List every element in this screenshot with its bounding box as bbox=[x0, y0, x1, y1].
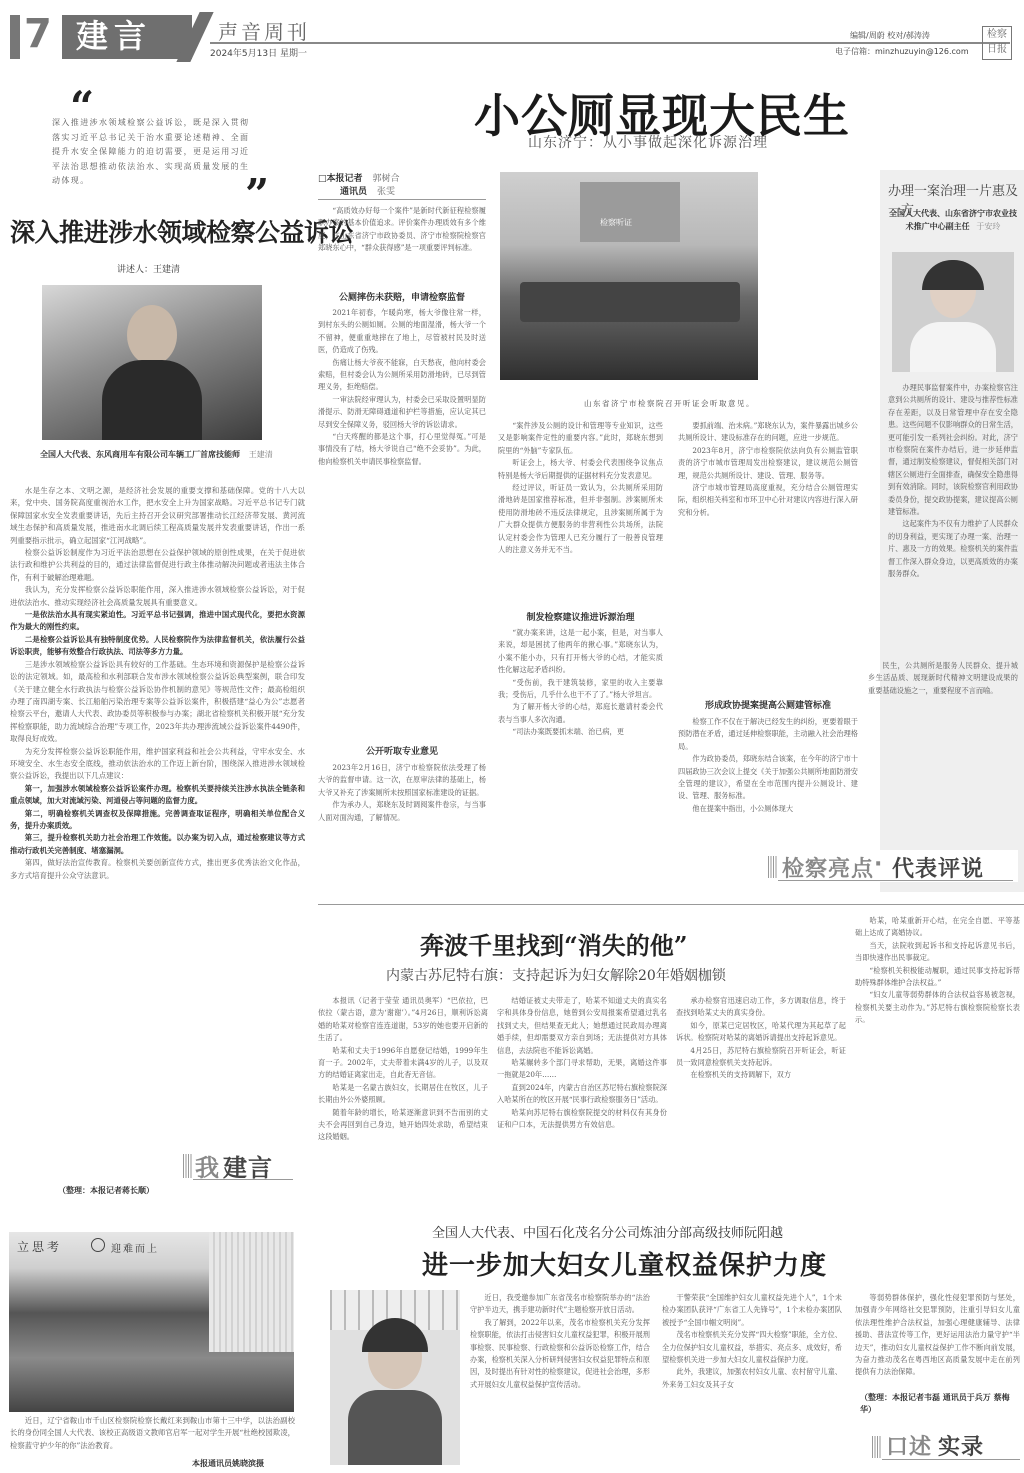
paragraph: 4月25日，苏尼特右旗检察院召开听证会，听证员一致同意检察机关支持起诉。 bbox=[676, 1045, 846, 1070]
photo-credit: 本报通讯员姚晓滨摄 bbox=[192, 1458, 264, 1469]
center-col3: 要抓前端、治未病。”郑晓东认为，案件暴露出城乡公共厕所设计、建设标准存在的问题，… bbox=[678, 420, 858, 690]
paragraph: 为了解开杨大爷的心结，郑庭长邀请村委会代表与当事人多次沟通。 bbox=[498, 701, 663, 726]
left-article-body: 水是生存之本、文明之源，是经济社会发展的重要支撑和基础保障。党的十八大以来，党中… bbox=[10, 485, 305, 1175]
paragraph: “白天疼醒的都是这个事，打心里觉得冤。”可是事情没有了结，杨大爷说自己“绝不会妥… bbox=[318, 431, 486, 468]
third-headline: 进一步加大妇女儿童权益保护力度 bbox=[422, 1245, 827, 1282]
banner-part1: 口述 bbox=[886, 1430, 932, 1461]
pull-quote: 深入推进涉水领域检察公益诉讼，既是深入贯彻落实习近平总书记关于治水重要论述精神、… bbox=[52, 116, 252, 189]
paragraph: 哈某和丈夫于1996年自愿登记结婚，1999年生育一子。2002年，丈夫带着未满… bbox=[318, 1045, 488, 1082]
banner-oral-record: 口述 实录 bbox=[872, 1428, 1022, 1462]
subhead-1: 公厕摔伤未获赔，申请检察监督 bbox=[318, 290, 486, 303]
banner-bars-icon bbox=[768, 856, 778, 878]
banner-dot: · bbox=[874, 852, 883, 877]
sidebar-portrait bbox=[892, 252, 1014, 372]
paragraph: 茂名市检察机关充分发挥“四大检察”职能，全方位、全力位保护妇女儿童权益，举措实、… bbox=[662, 1329, 842, 1366]
editor-email[interactable]: 电子信箱：minzhuzuyin@126.com bbox=[835, 46, 969, 57]
issue-date: 2024年5月13日 星期一 bbox=[210, 46, 307, 59]
left-article-title: 深入推进涉水领域检察公益诉讼 bbox=[10, 213, 353, 249]
paragraph: 为充分发挥检察公益诉讼职能作用，维护国家利益和社会公共利益，守牢水安全、水环境安… bbox=[10, 746, 305, 783]
page-number-bar bbox=[10, 15, 20, 59]
paragraph: 当天，法院收到起诉书和支持起诉意见书后，当即快速作出民事裁定。 bbox=[855, 940, 1020, 965]
second-col2: 结婚证被丈夫带走了，哈某不知道丈夫的真实名字和具体身份信息，她曾到公安局报案希望… bbox=[497, 995, 667, 1195]
paragraph: 此外，我建议，加强农村妇女儿童、农村留守儿童、外来务工妇女及其子女 bbox=[662, 1366, 842, 1391]
speaker-photo bbox=[42, 285, 262, 440]
board-text-right: 迎难而上 bbox=[111, 1240, 159, 1255]
paragraph: 结婚证被丈夫带走了，哈某不知道丈夫的真实名字和具体身份信息，她曾到公安局报案希望… bbox=[497, 995, 667, 1057]
paragraph: 三是涉水领域检察公益诉讼具有较好的工作基础。生态环境和资源保护是检察公益诉讼的法… bbox=[10, 659, 305, 746]
paragraph: 检察工作不仅在于解决已经发生的纠纷，更要着眼于预防潜在矛盾，通过延伸检察职能，主… bbox=[678, 716, 858, 753]
page-number: 7 bbox=[24, 10, 52, 58]
paragraph: “受伤前，我干建筑装修，家里的收入主要靠我；受伤后，几乎什么也干不了了。”杨大爷… bbox=[498, 677, 663, 702]
center-col1b: 2023年2月16日，济宁市检察院依法受理了杨大爷的监督申请。这一次，在原审法律… bbox=[318, 762, 486, 892]
hearing-sign: 检察听证 bbox=[600, 217, 632, 228]
second-col3: 承办检察官迅速启动工作，多方调取信息，终于查找到哈某丈夫的真实身份。 如今，原某… bbox=[676, 995, 846, 1195]
portrait-shirt bbox=[910, 322, 996, 372]
third-editor-note: （整理：本报记者韦磊 通讯员于兵万 蔡梅华） bbox=[860, 1392, 1020, 1416]
close-quote-icon: ” bbox=[245, 180, 269, 210]
editor-credit: 编辑/周蔚 校对/郝涛涛 bbox=[850, 30, 930, 41]
paragraph: 听证会上，杨大爷、村委会代表围绕争议焦点特别是杨大爷后期提供的证据材料充分发表意… bbox=[498, 457, 663, 482]
paragraph: 第四，做好法治宣传教育。检察机关要创新宣传方式，推出更多优秀法治文化作品，多方式… bbox=[10, 857, 305, 882]
correspondent-label: 通讯员 bbox=[340, 187, 367, 197]
banner-part1: 检察亮点 bbox=[782, 852, 874, 883]
subhead-2: 公开听取专业意见 bbox=[318, 744, 486, 757]
paragraph: 这起案件为不仅有力维护了人民群众的切身利益，更实现了办理一案、治理一片、惠及一方… bbox=[888, 518, 1018, 580]
paragraph: 干警荣获“全国维护妇女儿童权益先进个人”，1个未检办案团队获评“广东省工人先锋号… bbox=[662, 1292, 842, 1329]
paragraph: 2023年2月16日，济宁市检察院依法受理了杨大爷的监督申请。这一次，在原审法律… bbox=[318, 762, 486, 799]
clock-icon bbox=[91, 1238, 105, 1252]
paragraph: 作为承办人，郑晓东及时调阅案件卷宗，与当事人面对面沟通，了解情况。 bbox=[318, 799, 486, 824]
banner-highlights: 检察亮点 · 代表评说 bbox=[768, 850, 1018, 882]
paragraph: “妇女儿童等弱势群体的合法权益容易被忽视，检察机关要主动作为。”苏尼特右旗检察院… bbox=[855, 989, 1020, 1026]
center-col1: 2021年初春，乍暖尚寒，杨大爷像往常一样，到村东头的公厕如厕。公厕的地面湿滑，… bbox=[318, 307, 486, 737]
third-kicker: 全国人大代表、中国石化茂名分公司炼油分部高级技师阮阳越 bbox=[432, 1222, 783, 1241]
paragraph: 随着年龄的增长，哈某逐渐意识到不告而别的丈夫不会再回到自己身边，她开始四处求助，… bbox=[318, 1107, 488, 1144]
paragraph: 一是依法治水具有现实紧迫性。习近平总书记强调，推进中国式现代化，要把水资源作为最… bbox=[10, 609, 305, 634]
section-label: 建言 bbox=[76, 14, 152, 58]
paragraph: 他在提案中指出，小公厕体现大 bbox=[678, 803, 858, 815]
paragraph: 一审法院经审理认为，村委会已采取设置明显防滑提示、防滑无障碍通道和护栏等措施，应… bbox=[318, 394, 486, 431]
byline: □本报记者郭树合 通讯员张雯 bbox=[318, 173, 400, 199]
sidebar-name: 于安玲 bbox=[976, 222, 1000, 231]
paragraph: 2021年初春，乍暖尚寒，杨大爷像往常一样，到村东头的公厕如厕。公厕的地面湿滑，… bbox=[318, 307, 486, 357]
paragraph: 第二，明确检察机关调查权及保障措施。完善调查取证程序，明确相关单位配合义务，提升… bbox=[10, 808, 305, 833]
reporter-label: □本报记者 bbox=[318, 174, 363, 184]
subhead-4: 形成政协提案提高公厕建管标准 bbox=[678, 698, 858, 711]
subhead-3: 制发检察建议推进诉源治理 bbox=[498, 610, 663, 623]
section-divider bbox=[318, 904, 1024, 905]
banner-bars-icon bbox=[872, 1436, 882, 1458]
paragraph: 伤痛让杨大爷夜不能寐，白天愁夜，他向村委会索赔，但村委会认为公厕所采用防滑地砖，… bbox=[318, 357, 486, 394]
paragraph: 哈某辗转多个部门寻求帮助，无果，离婚这件事一拖就是20年…… bbox=[497, 1057, 667, 1082]
paragraph: 哈某是一名蒙古族妇女，长期居住在牧区，儿子长期由外公外婆照顾。 bbox=[318, 1082, 488, 1107]
third-col3: 等弱势群体保护，强化性侵犯罪预防与惩处，加强青少年网络社交犯罪预防，注重引导妇女… bbox=[855, 1292, 1020, 1387]
third-col1: 近日，我受邀参加广东省茂名市检察院举办的“法治守护半边天，携手建功新时代”主题检… bbox=[470, 1292, 650, 1472]
left-article-speaker: 讲述人：王建清 bbox=[117, 262, 180, 275]
paragraph: 第一，加强涉水领域检察公益诉讼案件办理。检察机关要持续关注涉水执法全链条和重点领… bbox=[10, 783, 305, 808]
paragraph: 哈某，哈某重新开心结，在完全自愿、平等基础上达成了离婚协议。 bbox=[855, 915, 1020, 940]
caption-name: 王建清 bbox=[249, 450, 273, 459]
second-subheadline: 内蒙古苏尼特右旗：支持起诉为妇女解除20年婚姻枷锁 bbox=[386, 965, 726, 985]
header-rule bbox=[210, 42, 1010, 44]
byline-rule bbox=[318, 199, 486, 200]
banner-bars-icon bbox=[183, 1154, 193, 1178]
paragraph: 济宁市城市管理局高度重视，充分结合公厕管理实际，组织相关科室和市环卫中心针对建议… bbox=[678, 482, 858, 519]
hearing-photo: 检察听证 bbox=[500, 172, 758, 380]
portrait-face bbox=[127, 305, 177, 365]
left-photo-caption: 全国人大代表、东风商用车有限公司车辆工厂首席技能师 王建清 bbox=[40, 448, 280, 462]
third-col2: 干警荣获“全国维护妇女儿童权益先进个人”，1个未检办案团队获评“广东省工人先锋号… bbox=[662, 1292, 842, 1472]
correspondent-name: 张雯 bbox=[377, 187, 395, 197]
paragraph: 在检察机关的支持调解下，双方 bbox=[676, 1069, 846, 1081]
portrait-clothes bbox=[348, 1390, 442, 1465]
classroom-photo: 立思考 迎难而上 bbox=[9, 1232, 294, 1412]
banner-underline bbox=[882, 1459, 1020, 1460]
paragraph: 检察公益诉讼制度作为习近平法治思想在公益保护领域的原创性成果，在关于促进依法行政… bbox=[10, 547, 305, 584]
hearing-table bbox=[520, 282, 740, 322]
board-text-left: 立思考 bbox=[17, 1238, 62, 1255]
center-photo-caption: 山东省济宁市检察院召开听证会听取意见。 bbox=[584, 398, 755, 409]
paragraph: 二是检察公益诉讼具有独特制度优势。人民检察院作为法律监督机关，依法履行公益诉讼职… bbox=[10, 634, 305, 659]
paragraph: 我认为，充分发挥检察公益诉讼职能作用，深入推进涉水领域检察公益诉讼，对于促进依法… bbox=[10, 584, 305, 609]
paragraph: 本报讯（记者于莹莹 通讯员奥军）“巴依拉，巴依拉（蒙古语，意为‘谢谢’）。”4月… bbox=[318, 995, 488, 1045]
paragraph: 作为政协委员，郑晓东结合该案，在今年的济宁市十四届政协三次会议上提交《关于加强公… bbox=[678, 753, 858, 803]
banner-underline bbox=[778, 880, 1013, 881]
paragraph: 要抓前端、治未病。”郑晓东认为，案件暴露出城乡公共厕所设计、建设标准存在的问题，… bbox=[678, 420, 858, 445]
main-subheadline: 山东济宁：从小事做起深化诉源治理 bbox=[528, 132, 768, 152]
paragraph: 办理民事监督案件中，办案检察官注意到公共厕所的设计、建设与推荐性标准存在差距，以… bbox=[888, 382, 1018, 518]
banner-part1: 我 bbox=[195, 1148, 220, 1183]
column-name: 声音周刊 bbox=[218, 16, 310, 45]
center-lead: “高质效办好每一个案件”是新时代新征程检察履职办案的基本价值追求。评价案件办理质… bbox=[318, 205, 486, 255]
banner-part2: 实录 bbox=[938, 1430, 984, 1461]
banner-underline bbox=[193, 1179, 293, 1180]
paragraph: 水是生存之本、文明之源，是经济社会发展的重要支撑和基础保障。党的十八大以来，党中… bbox=[10, 485, 305, 547]
sidebar-body-cont: 民生，公共厕所是服务人民群众、提升城乡生活品质、展现新时代精神文明建设成果的重要… bbox=[868, 660, 1018, 825]
paragraph: 承办检察官迅速启动工作，多方调取信息，终于查找到哈某丈夫的真实身份。 bbox=[676, 995, 846, 1020]
reporter-name: 郭树合 bbox=[373, 174, 400, 184]
paragraph: 第三，提升检察机关助力社会治理工作效能。以办案为切入点，通过检察建议等方式推动行… bbox=[10, 832, 305, 857]
paragraph: 2023年8月，济宁市检察院依法向负有公厕监管职责的济宁市城市管理局发出检察建议… bbox=[678, 445, 858, 482]
paragraph: 直到2024年，内蒙古自治区苏尼特右旗检察院深入哈某所在的牧区开展“民事行政检察… bbox=[497, 1082, 667, 1107]
banner-wo-jianyan: 我 建言 bbox=[183, 1148, 293, 1180]
paragraph: 近日，我受邀参加广东省茂名市检察院举办的“法治守护半边天，携手建功新时代”主题检… bbox=[470, 1292, 650, 1317]
paragraph: “就办案来讲，这是一起小案，但是，对当事人来说，却是困扰了他两年的揪心事。”郑晓… bbox=[498, 627, 663, 677]
paragraph: 经过评议，听证员一致认为，公共厕所采用防滑地砖是国家推荐标准，但并非强制。涉案厕… bbox=[498, 482, 663, 556]
paragraph: “司法办案既要抓末端、治已病，更 bbox=[498, 726, 663, 738]
newspaper-logo: 检察日报 bbox=[982, 26, 1012, 60]
caption-title: 全国人大代表、东风商用车有限公司车辆工厂首席技能师 bbox=[40, 450, 240, 459]
representative-photo bbox=[330, 1290, 460, 1465]
sidebar-subtitle: 全国人大代表、山东省济宁市农业技术推广中心副主任 于安玲 bbox=[888, 207, 1018, 233]
window-curtain bbox=[209, 1232, 294, 1352]
portrait-suit bbox=[102, 360, 202, 440]
hearing-backdrop bbox=[580, 182, 680, 242]
paragraph: 哈某向苏尼特右旗检察院提交的材料仅有其身份证和户口本，无法提供男方有效信息。 bbox=[497, 1107, 667, 1132]
center-col2b: “就办案来讲，这是一起小案，但是，对当事人来说，却是困扰了他两年的揪心事。”郑晓… bbox=[498, 627, 663, 892]
bottom-photo-caption: 近日，辽宁省鞍山市千山区检察院检察长戴红来到鞍山市第十三中学，以法治副校长的身份… bbox=[10, 1415, 295, 1452]
second-headline: 奔波千里找到“消失的他” bbox=[420, 926, 688, 961]
paragraph: “检察机关积极能动履职，通过民事支持起诉帮助特殊群体维护合法权益。” bbox=[855, 965, 1020, 990]
second-col4: 哈某，哈某重新开心结，在完全自愿、平等基础上达成了离婚协议。 当天，法院收到起诉… bbox=[855, 915, 1020, 1195]
paragraph: “案件涉及公厕的设计和管理等专业知识，这些又是影响案件定性的重要内容。”此时，郑… bbox=[498, 420, 663, 457]
paragraph: 我了解到，2022年以来，茂名市检察机关充分发挥检察职能，依法打击侵害妇女儿童权… bbox=[470, 1317, 650, 1391]
center-col2: “案件涉及公厕的设计和管理等专业知识，这些又是影响案件定性的重要内容。”此时，郑… bbox=[498, 420, 663, 595]
sidebar-body: 办理民事监督案件中，办案检察官注意到公共厕所的设计、建设与推荐性标准存在差距，以… bbox=[888, 382, 1018, 657]
banner-part2: 建言 bbox=[223, 1148, 273, 1183]
paragraph: 如今，原某已定居牧区，哈某代理为其起草了起诉状。检察院对哈某的离婚诉请提出支持起… bbox=[676, 1020, 846, 1045]
left-editor-note: （整理：本报记者蒋长顺） bbox=[58, 1185, 154, 1196]
banner-part2: 代表评说 bbox=[892, 852, 984, 883]
second-col1: 本报讯（记者于莹莹 通讯员奥军）“巴依拉，巴依拉（蒙古语，意为‘谢谢’）。”4月… bbox=[318, 995, 488, 1195]
portrait-hair bbox=[922, 260, 984, 290]
